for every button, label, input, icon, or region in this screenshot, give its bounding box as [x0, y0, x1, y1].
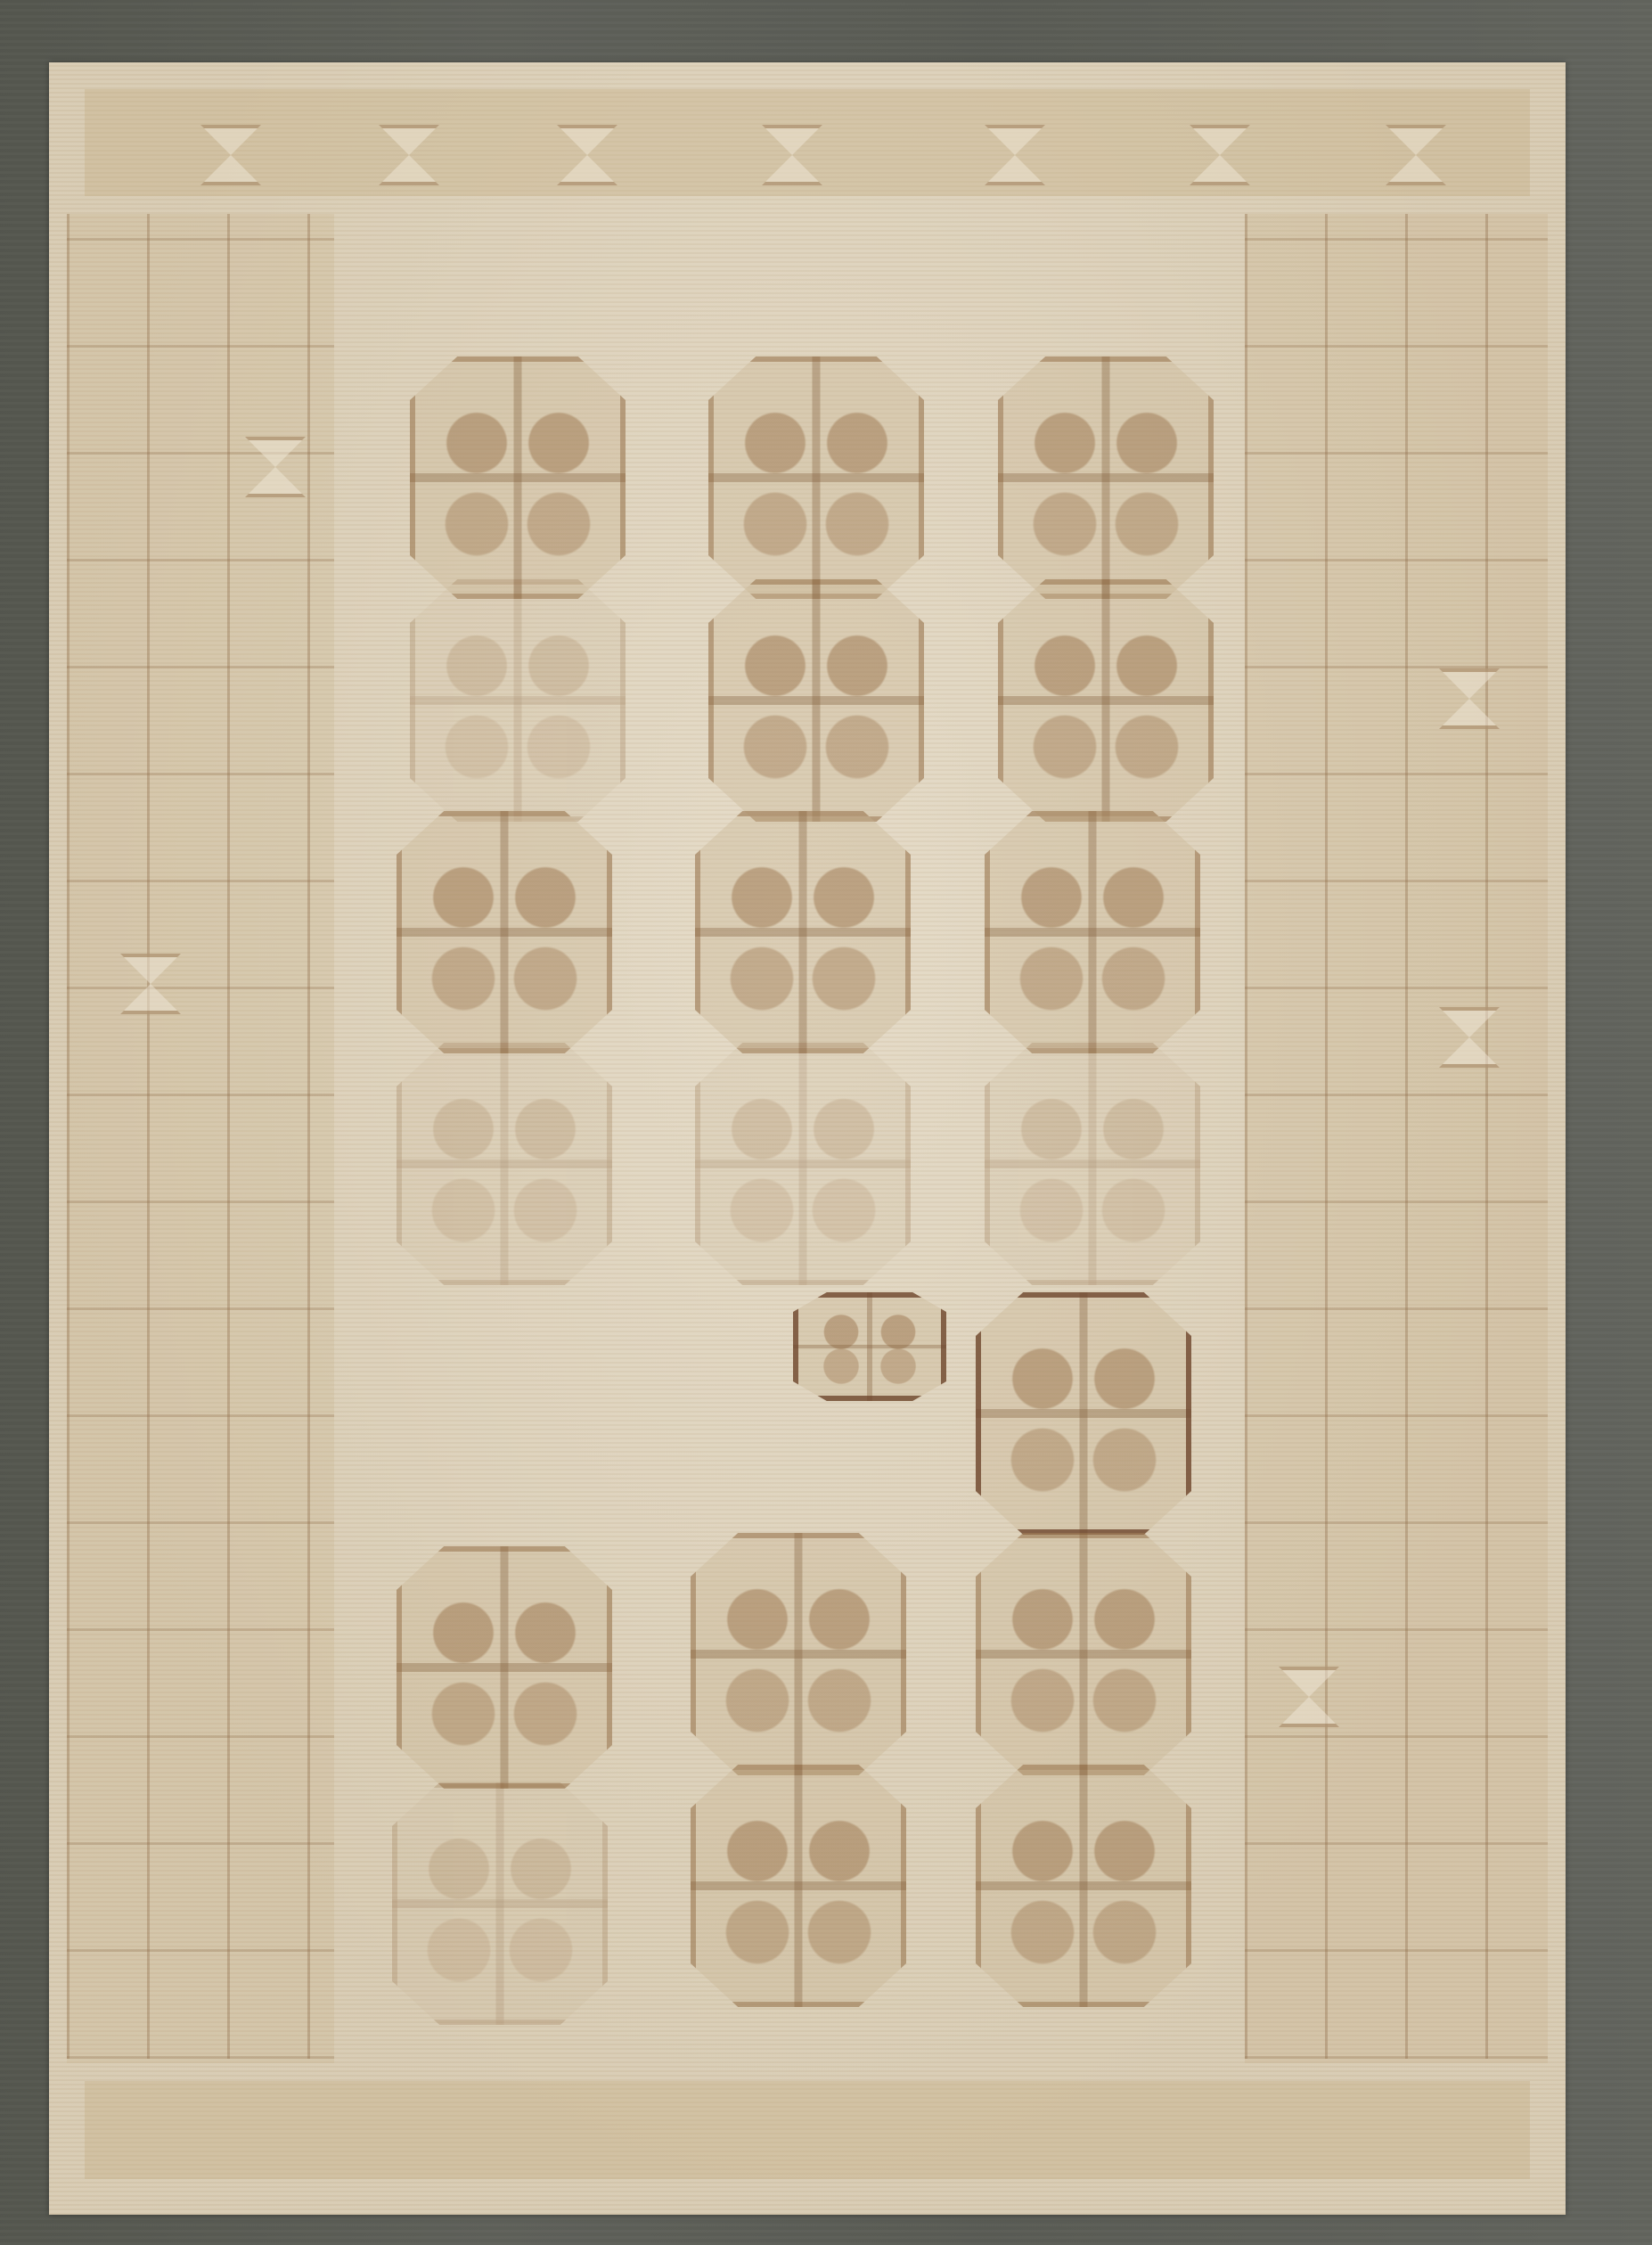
gul-medallion [695, 811, 911, 1053]
gul-medallion [985, 1043, 1200, 1285]
gul-medallion [998, 356, 1214, 599]
gul-medallion [976, 1292, 1191, 1535]
gul-medallion [397, 1546, 612, 1789]
gul-medallion [708, 356, 924, 599]
gul-medallion [410, 356, 626, 599]
gul-medallion [998, 579, 1214, 822]
gul-medallion [708, 579, 924, 822]
gul-medallion [397, 1043, 612, 1285]
right-panel-pattern [1245, 214, 1548, 2059]
gul-medallion [976, 1533, 1191, 1775]
gul-medallion [392, 1782, 608, 2025]
rug [49, 62, 1566, 2215]
gul-medallion [691, 1765, 906, 2007]
gul-medallion [691, 1533, 906, 1775]
gul-medallion-fragment [793, 1292, 946, 1401]
gul-medallion [985, 811, 1200, 1053]
gul-medallion [397, 811, 612, 1053]
gul-medallion [410, 579, 626, 822]
gul-medallion [976, 1765, 1191, 2007]
gul-medallion [695, 1043, 911, 1285]
rug-bottom-border [85, 2081, 1530, 2179]
